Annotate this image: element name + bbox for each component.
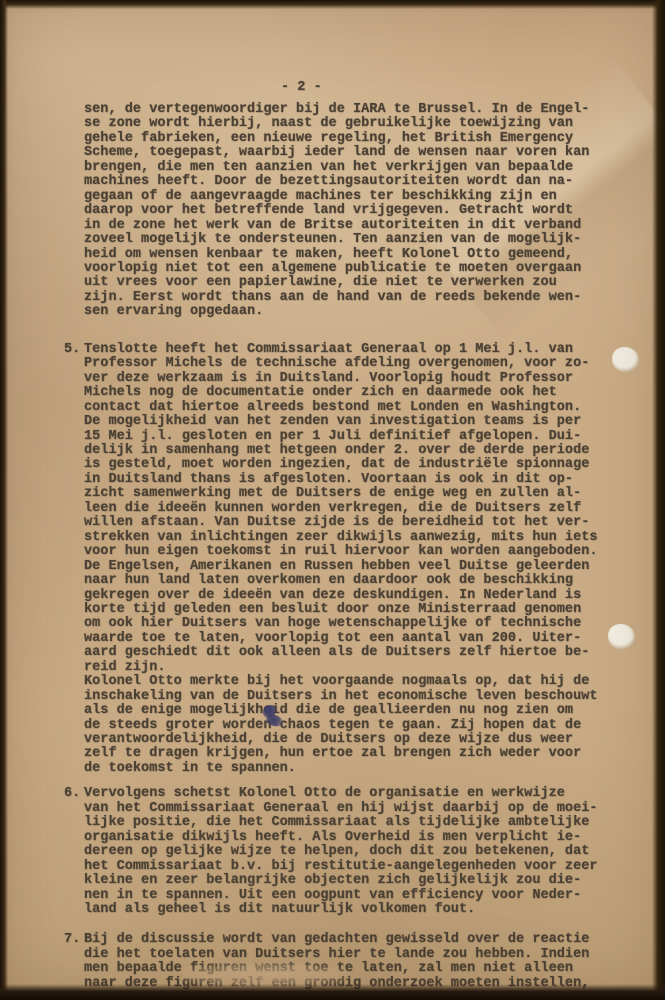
paragraph-text: sen, de vertegenwoordiger bij de IARA te…	[84, 103, 624, 320]
paragraph-text: Bij de discussie wordt van gedachten gew…	[84, 933, 624, 991]
page-edge-top	[0, 0, 665, 9]
punch-hole-top	[612, 347, 639, 372]
paragraph-number: 6.	[64, 787, 80, 801]
paragraph-continuation: sen, de vertegenwoordiger bij de IARA te…	[84, 103, 624, 320]
page-number-heading: - 2 -	[281, 81, 322, 95]
paragraph-7: 7. Bij de discussie wordt van gedachten …	[84, 933, 624, 991]
punch-hole-bottom	[608, 624, 635, 649]
page-edge-left	[0, 0, 8, 1000]
scanned-document-page: - 2 - sen, de vertegenwoordiger bij de I…	[0, 0, 665, 1000]
page-edge-right	[652, 0, 665, 1000]
page-edge-bottom	[0, 984, 665, 1000]
paragraph-text: Vervolgens schetst Kolonel Otto de organ…	[84, 787, 624, 917]
paragraph-number: 7.	[64, 933, 80, 947]
paragraph-text: Tenslotte heeft het Commissariaat Genera…	[84, 343, 624, 777]
paragraph-5: 5. Tenslotte heeft het Commissariaat Gen…	[84, 343, 624, 777]
paragraph-number: 5.	[64, 343, 80, 357]
document-body: sen, de vertegenwoordiger bij de IARA te…	[84, 103, 624, 991]
paragraph-6: 6. Vervolgens schetst Kolonel Otto de or…	[84, 787, 624, 917]
